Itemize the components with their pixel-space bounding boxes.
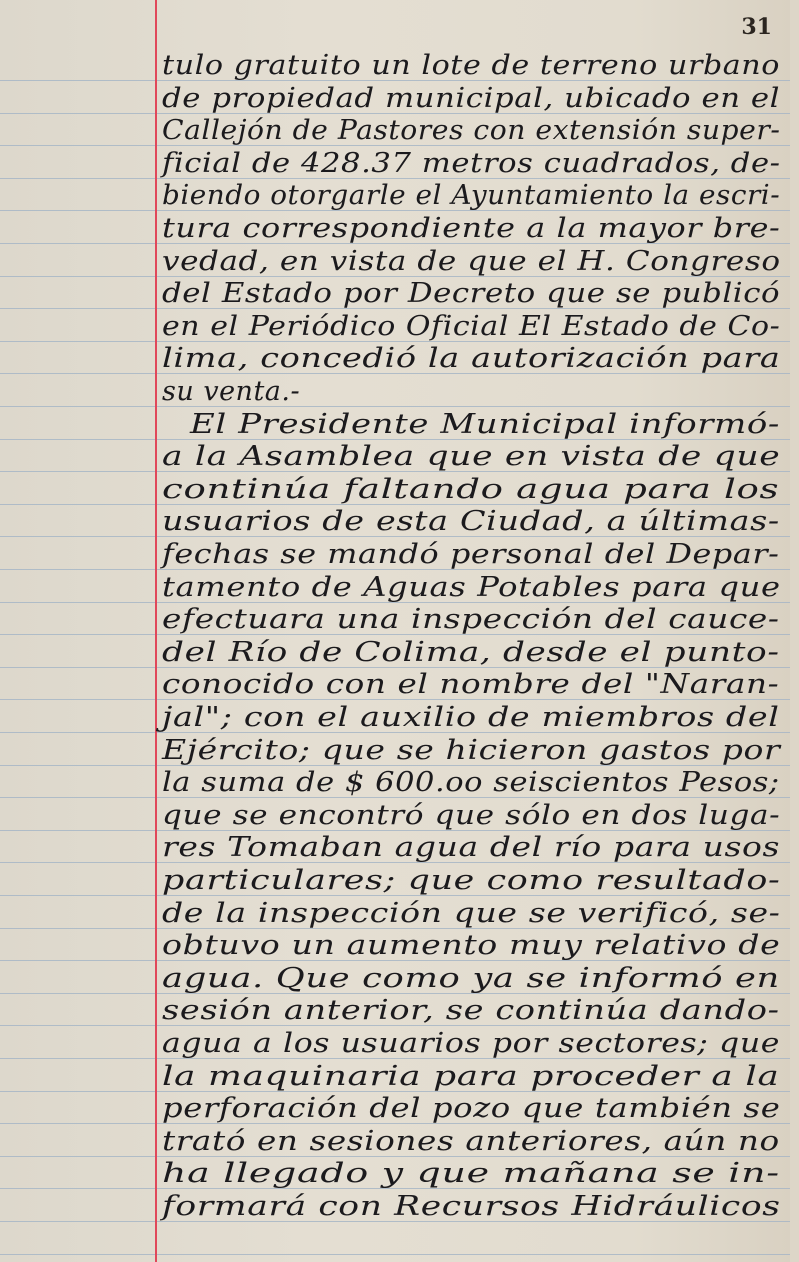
text-line: que se encontró que sólo en dos luga- [162, 800, 780, 831]
text-line: la suma de $ 600.oo seiscientos Pesos; [162, 767, 780, 798]
text-line: tamento de Aguas Potables para que [162, 572, 781, 603]
text-line: continúa faltando agua para los [162, 474, 779, 505]
text-line: Ejército; que se hicieron gastos por [162, 735, 780, 766]
text-line: sesión anterior, se continúa dando- [162, 995, 780, 1026]
text-line: lima, concedió la autorización para [162, 343, 781, 374]
rule-line [0, 406, 790, 407]
page-number: 31 [741, 14, 772, 40]
text-line: conocido con el nombre del "Naran- [162, 669, 779, 700]
text-line: tulo gratuito un lote de terreno urbano [162, 50, 780, 81]
text-line: ficial de 428.37 metros cuadrados, de- [162, 148, 781, 179]
text-line: del Río de Colima, desde el punto- [162, 637, 780, 668]
text-line: del Estado por Decreto que se publicó [162, 278, 780, 309]
text-line: particulares; que como resultado- [162, 865, 780, 896]
text-line: Callejón de Pastores con extensión super… [162, 115, 780, 146]
text-line: de propiedad municipal, ubicado en el [162, 83, 780, 114]
text-line: formará con Recursos Hidráulicos [162, 1191, 781, 1222]
text-line: su venta.- [162, 376, 300, 407]
text-line: agua. Que como ya se informó en [162, 963, 780, 994]
text-line: usuarios de esta Ciudad, a últimas- [162, 506, 780, 537]
text-line: de la inspección que se verificó, se- [162, 898, 780, 929]
rule-line [0, 1254, 790, 1255]
text-line: agua a los usuarios por sectores; que [162, 1028, 780, 1059]
text-line: jal"; con el auxilio de miembros del [162, 702, 780, 733]
text-line: ha llegado y que mañana se in- [162, 1158, 780, 1189]
text-line: la maquinaria para proceder a la [162, 1061, 779, 1092]
text-line: fechas se mandó personal del Depar- [162, 539, 780, 570]
text-line: obtuvo un aumento muy relativo de [162, 930, 780, 961]
paragraph-start-line: El Presidente Municipal informó- [190, 409, 780, 440]
text-line: biendo otorgarle el Ayuntamiento la escr… [162, 180, 780, 211]
ledger-page: 31 tulo gratuito un lote de terreno urba… [0, 0, 790, 1262]
text-line: trató en sesiones anteriores, aún no [162, 1126, 780, 1157]
text-line: vedad, en vista de que el H. Congreso [162, 246, 781, 277]
red-margin-line [155, 0, 157, 1262]
text-line: tura correspondiente a la mayor bre- [162, 213, 780, 244]
text-line: perforación del pozo que también se [162, 1093, 780, 1124]
text-line: res Tomaban agua del río para usos [162, 832, 780, 863]
text-line: efectuara una inspección del cauce- [162, 604, 780, 635]
text-line: en el Periódico Oficial El Estado de Co- [162, 311, 780, 342]
text-line: a la Asamblea que en vista de que [162, 441, 780, 472]
